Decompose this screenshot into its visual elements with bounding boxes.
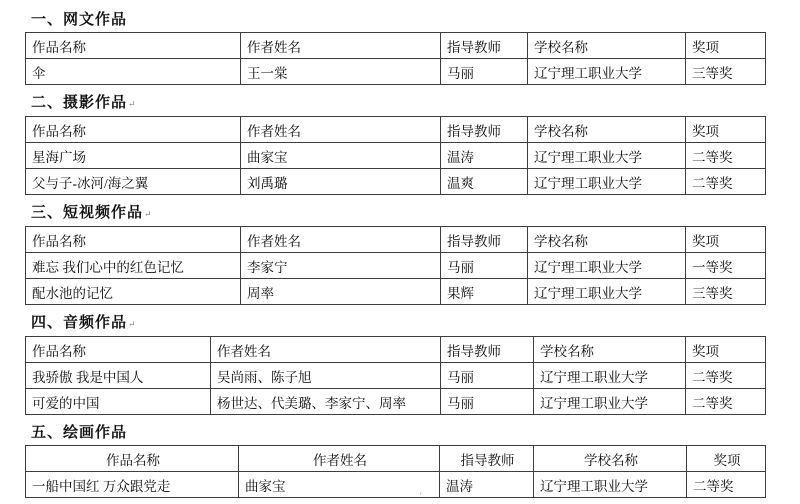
table-header-cell: 奖项	[686, 33, 766, 59]
table-cell: 二等奖	[686, 389, 766, 415]
awards-table-1: 作品名称作者姓名指导教师学校名称奖项伞王一棠马丽辽宁理工职业大学三等奖	[25, 32, 766, 85]
table-row: 伞王一棠马丽辽宁理工职业大学三等奖	[26, 59, 766, 85]
table-cell: 三等奖	[686, 59, 766, 85]
table-header-cell: 学校名称	[534, 446, 687, 472]
table-cell: 李家宁	[241, 253, 441, 279]
table-header-cell: 学校名称	[528, 33, 686, 59]
table-cell: 杨世达、代美璐、李家宁、周率	[211, 389, 441, 415]
table-cell: 辽宁理工职业大学	[534, 363, 686, 389]
table-cell: 吴尚雨、陈子旭	[211, 363, 441, 389]
section-2: 二、摄影作品↵作品名称作者姓名指导教师学校名称奖项星海广场曲家宝温涛辽宁理工职业…	[25, 95, 765, 195]
table-cell: 马丽	[441, 253, 528, 279]
table-cell: 辽宁理工职业大学	[534, 472, 687, 498]
section-title: 二、摄影作品↵	[31, 95, 765, 113]
table-cell: 二等奖	[687, 472, 766, 498]
table-row: 可爱的中国杨世达、代美璐、李家宁、周率马丽辽宁理工职业大学二等奖	[26, 389, 766, 415]
paragraph-return-icon: ↵	[128, 99, 136, 109]
table-header-cell: 奖项	[687, 446, 766, 472]
table-header-cell: 作品名称	[26, 33, 241, 59]
section-title: 四、音频作品↵	[31, 315, 765, 333]
section-title-text: 一、网文作品	[31, 12, 127, 28]
table-cell: 辽宁理工职业大学	[534, 389, 686, 415]
awards-table-3: 作品名称作者姓名指导教师学校名称奖项难忘 我们心中的红色记忆李家宁马丽辽宁理工职…	[25, 226, 766, 305]
table-cell: 伞	[26, 59, 241, 85]
table-cell: 曲家宝	[241, 143, 441, 169]
table-row: 配水池的记忆周率果辉辽宁理工职业大学三等奖	[26, 279, 766, 305]
table-cell: 二等奖	[686, 143, 766, 169]
table-header-cell: 奖项	[686, 117, 766, 143]
table-header-row: 作品名称作者姓名指导教师学校名称奖项	[26, 337, 766, 363]
table-cell: 辽宁理工职业大学	[528, 143, 686, 169]
paragraph-return-icon: ↵	[144, 209, 152, 219]
table-cell: 马丽	[441, 389, 534, 415]
table-cell: 一船中国红 万众跟党走	[26, 472, 239, 498]
document-content: 一、网文作品作品名称作者姓名指导教师学校名称奖项伞王一棠马丽辽宁理工职业大学三等…	[25, 12, 765, 504]
table-cell: 温涛	[440, 472, 534, 498]
paragraph-return-icon: ↵	[128, 319, 136, 329]
table-row: 难忘 我们心中的红色记忆李家宁马丽辽宁理工职业大学一等奖	[26, 253, 766, 279]
table-row: 父与子-冰河/海之翼刘禹璐温爽辽宁理工职业大学二等奖	[26, 169, 766, 195]
table-cell: 王一棠	[241, 59, 441, 85]
table-row: 我骄傲 我是中国人吴尚雨、陈子旭马丽辽宁理工职业大学二等奖	[26, 363, 766, 389]
table-cell: 二等奖	[686, 363, 766, 389]
table-header-cell: 作品名称	[26, 337, 211, 363]
table-header-cell: 指导教师	[440, 446, 534, 472]
table-header-cell: 作者姓名	[241, 117, 441, 143]
table-cell: 配水池的记忆	[26, 279, 241, 305]
table-cell: 辽宁理工职业大学	[528, 59, 686, 85]
document-page: { "document": { "footer_mark": "'", "sec…	[0, 0, 800, 504]
section-title: 一、网文作品	[31, 12, 765, 29]
table-cell: 一等奖	[686, 253, 766, 279]
table-cell: 温爽	[441, 169, 528, 195]
table-header-cell: 作者姓名	[241, 227, 441, 253]
table-cell: 温涛	[441, 143, 528, 169]
table-header-cell: 作者姓名	[239, 446, 440, 472]
table-header-cell: 学校名称	[528, 117, 686, 143]
table-header-cell: 指导教师	[441, 227, 528, 253]
table-cell: 曲家宝	[239, 472, 440, 498]
section-3: 三、短视频作品↵作品名称作者姓名指导教师学校名称奖项难忘 我们心中的红色记忆李家…	[25, 205, 765, 305]
table-cell: 辽宁理工职业大学	[528, 279, 686, 305]
section-4: 四、音频作品↵作品名称作者姓名指导教师学校名称奖项我骄傲 我是中国人吴尚雨、陈子…	[25, 315, 765, 415]
section-title-text: 二、摄影作品	[31, 95, 127, 111]
table-header-cell: 奖项	[686, 227, 766, 253]
table-header-cell: 作品名称	[26, 227, 241, 253]
section-title: 五、绘画作品	[31, 425, 765, 442]
table-row: 星海广场曲家宝温涛辽宁理工职业大学二等奖	[26, 143, 766, 169]
table-cell: 马丽	[441, 363, 534, 389]
table-cell: 三等奖	[686, 279, 766, 305]
awards-table-2: 作品名称作者姓名指导教师学校名称奖项星海广场曲家宝温涛辽宁理工职业大学二等奖父与…	[25, 116, 766, 195]
table-header-cell: 指导教师	[441, 337, 534, 363]
table-header-row: 作品名称作者姓名指导教师学校名称奖项	[26, 446, 766, 472]
table-header-cell: 作品名称	[26, 446, 239, 472]
table-header-cell: 指导教师	[441, 33, 528, 59]
section-title-text: 五、绘画作品	[31, 425, 127, 441]
table-header-cell: 奖项	[686, 337, 766, 363]
table-header-cell: 学校名称	[534, 337, 686, 363]
table-header-row: 作品名称作者姓名指导教师学校名称奖项	[26, 33, 766, 59]
table-cell: 果辉	[441, 279, 528, 305]
section-5: 五、绘画作品作品名称作者姓名指导教师学校名称奖项一船中国红 万众跟党走曲家宝温涛…	[25, 425, 765, 498]
table-cell: 辽宁理工职业大学	[528, 253, 686, 279]
section-title-text: 三、短视频作品	[31, 205, 143, 221]
section-1: 一、网文作品作品名称作者姓名指导教师学校名称奖项伞王一棠马丽辽宁理工职业大学三等…	[25, 12, 765, 85]
table-header-row: 作品名称作者姓名指导教师学校名称奖项	[26, 227, 766, 253]
awards-table-5: 作品名称作者姓名指导教师学校名称奖项一船中国红 万众跟党走曲家宝温涛辽宁理工职业…	[25, 445, 766, 498]
awards-table-4: 作品名称作者姓名指导教师学校名称奖项我骄傲 我是中国人吴尚雨、陈子旭马丽辽宁理工…	[25, 336, 766, 415]
table-cell: 我骄傲 我是中国人	[26, 363, 211, 389]
table-cell: 刘禹璐	[241, 169, 441, 195]
table-cell: 周率	[241, 279, 441, 305]
section-title: 三、短视频作品↵	[31, 205, 765, 223]
table-header-cell: 作者姓名	[211, 337, 441, 363]
table-cell: 可爱的中国	[26, 389, 211, 415]
table-header-row: 作品名称作者姓名指导教师学校名称奖项	[26, 117, 766, 143]
table-cell: 星海广场	[26, 143, 241, 169]
table-cell: 难忘 我们心中的红色记忆	[26, 253, 241, 279]
table-header-cell: 作者姓名	[241, 33, 441, 59]
table-cell: 马丽	[441, 59, 528, 85]
table-header-cell: 作品名称	[26, 117, 241, 143]
section-title-text: 四、音频作品	[31, 315, 127, 331]
table-cell: 二等奖	[686, 169, 766, 195]
table-row: 一船中国红 万众跟党走曲家宝温涛辽宁理工职业大学二等奖	[26, 472, 766, 498]
table-cell: 辽宁理工职业大学	[528, 169, 686, 195]
stray-paragraph-mark: '	[420, 492, 422, 501]
table-header-cell: 指导教师	[441, 117, 528, 143]
table-cell: 父与子-冰河/海之翼	[26, 169, 241, 195]
table-header-cell: 学校名称	[528, 227, 686, 253]
